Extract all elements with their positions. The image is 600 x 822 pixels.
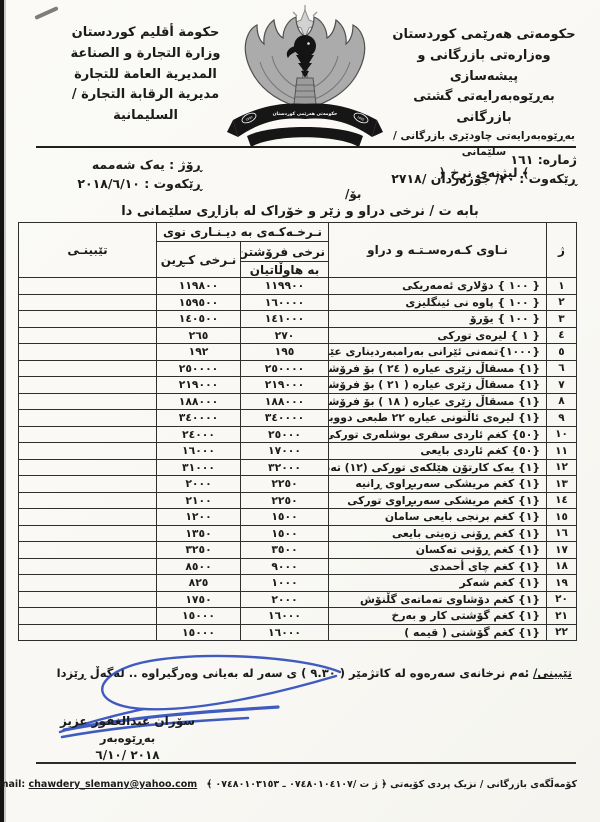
row-note xyxy=(19,459,157,476)
sell-price: ٢٧٠ xyxy=(241,327,329,344)
row-index: ١٠ xyxy=(547,426,577,443)
row-note xyxy=(19,509,157,526)
table-row: ١٣{١} كغم مريشكى سەربڕاوى ڕانيه٢٢٥٠٢٠٠٠ xyxy=(19,476,577,493)
sell-price: ١٥٠٠ xyxy=(241,525,329,542)
item-name: {١} مسقاڵ زێرى عياره ( ٢١ ) بۆ فرۆشتن xyxy=(329,377,547,394)
item-name: {٥٠} كغم ئاردى بايعى xyxy=(329,443,547,460)
row-index: ١٢ xyxy=(547,459,577,476)
buy-price: ٢٤٠٠٠ xyxy=(157,426,241,443)
table-row: ٧{١} مسقاڵ زێرى عياره ( ٢١ ) بۆ فرۆشتن٢١… xyxy=(19,377,577,394)
row-index: ٨ xyxy=(547,393,577,410)
row-note xyxy=(19,360,157,377)
row-note xyxy=(19,591,157,608)
table-row: ٦{١} مسقاڵ زێرى عياره ( ٢٤ ) بۆ فرۆشتن٢٥… xyxy=(19,360,577,377)
table-row: ١٠{٥٠} كغم ئاردى سفرى بوشلەرى توركى٢٥٠٠٠… xyxy=(19,426,577,443)
row-index: ٢٢ xyxy=(547,624,577,641)
row-note xyxy=(19,377,157,394)
eagle-left-wing xyxy=(245,17,303,108)
row-note xyxy=(19,624,157,641)
col-header-price-group: نـرخـەكـەى بە ديـنـارى نوى xyxy=(157,223,329,242)
item-name: {١} مسقاڵ زێرى عياره ( ١٨ ) بۆ فرۆشتن xyxy=(329,393,547,410)
row-index: ١٩ xyxy=(547,575,577,592)
buy-price: ١٦٠٠٠ xyxy=(157,443,241,460)
row-note xyxy=(19,542,157,559)
item-name: {١} كغم ڕۆنى زەيتى بايعى xyxy=(329,525,547,542)
buy-price: ٣٤٠٠٠٠ xyxy=(157,410,241,427)
sell-price: ٢٥٠٠٠٠ xyxy=(241,360,329,377)
row-index: ٩ xyxy=(547,410,577,427)
item-name: {١} كغم مريشكى سەربڕاوى توركى xyxy=(329,492,547,509)
signer-role: بەڕێوەبەر xyxy=(40,731,215,745)
row-index: ١٤ xyxy=(547,492,577,509)
col-header-sell: نرخى فرۆشتن xyxy=(241,242,329,262)
sell-price: ١٨٨٠٠٠ xyxy=(241,393,329,410)
header-divider xyxy=(36,146,576,148)
table-row: ١٧{١} كغم ڕۆنى تەكسان٣٥٠٠٣٢٥٠ xyxy=(19,542,577,559)
table-row: ١٤{١} كغم مريشكى سەربڕاوى توركى٢٢٥٠٢١٠٠ xyxy=(19,492,577,509)
item-name: {١} كغم مريشكى سەربڕاوى ڕانيه xyxy=(329,476,547,493)
emblem-ribbon: 1992 1992 حكومەتى هەرێمى كوردستان حكومة … xyxy=(227,104,383,147)
gov-line-ar-2: وزارة التجارة و الصناعة xyxy=(48,44,243,65)
row-note xyxy=(19,426,157,443)
table-row: ١٥{١} كغم برنجى بايعى سامان١٥٠٠١٢٠٠ xyxy=(19,509,577,526)
row-index: ١٥ xyxy=(547,509,577,526)
row-index: ٧ xyxy=(547,377,577,394)
row-note xyxy=(19,327,157,344)
gov-line-ar-1: حكومة أقليم كوردستان xyxy=(48,23,243,44)
item-name: { ١٠٠ } پاوه نى ئينگليزى xyxy=(329,294,547,311)
table-row: ٩{١} ليرەى ئاڵتونى عياره ٢٢ طبعى دووبەى٣… xyxy=(19,410,577,427)
row-index: ١ xyxy=(547,278,577,295)
row-note xyxy=(19,311,157,328)
row-index: ٣ xyxy=(547,311,577,328)
row-note xyxy=(19,294,157,311)
row-note xyxy=(19,558,157,575)
buy-price: ٣١٠٠٠ xyxy=(157,459,241,476)
sell-price: ٢٥٠٠٠ xyxy=(241,426,329,443)
row-index: ١٨ xyxy=(547,558,577,575)
row-index: ٢٠ xyxy=(547,591,577,608)
table-row: ١٩{١} كغم شەكر١٠٠٠٨٢٥ xyxy=(19,575,577,592)
sell-price: ١٥٠٠ xyxy=(241,509,329,526)
row-note xyxy=(19,476,157,493)
buy-price: ١٢٠٠ xyxy=(157,509,241,526)
row-index: ١٧ xyxy=(547,542,577,559)
buy-price: ١٤٠٥٠٠ xyxy=(157,311,241,328)
col-header-buy: نـرخى كـڕين xyxy=(157,242,241,278)
buy-price: ١٣٥٠ xyxy=(157,525,241,542)
row-note xyxy=(19,443,157,460)
table-row: ٣{ ١٠٠ } يۆرۆ١٤١٠٠٠١٤٠٥٠٠ xyxy=(19,311,577,328)
kurdistan-eagle-emblem-icon: 1992 1992 حكومەتى هەرێمى كوردستان حكومة … xyxy=(222,4,388,154)
email-label: Email: xyxy=(0,779,25,790)
sell-price: ١٧٠٠٠ xyxy=(241,443,329,460)
row-note xyxy=(19,410,157,427)
buy-price: ٨٥٠٠ xyxy=(157,558,241,575)
sell-price: ٣٤٠٠٠٠ xyxy=(241,410,329,427)
footer-contact-line: كۆمەڵگەى بازرگانى / نزيک پردى كۆيەتى ﴿ ژ… xyxy=(25,779,577,790)
table-row: ٢{ ١٠٠ } پاوه نى ئينگليزى١٦٠٠٠٠١٥٩٥٠٠ xyxy=(19,294,577,311)
sell-price: ٣٢٠٠٠ xyxy=(241,459,329,476)
table-row: ٢١{١} كغم گۆشتى كار و بەرخ١٦٠٠٠١٥٠٠٠ xyxy=(19,608,577,625)
gov-line-ku-3: بەڕێوەبەرايەتى گشتى بازرگانى xyxy=(388,87,580,129)
email-address: chawdery_slemany@yahoo.com xyxy=(29,779,198,790)
row-index: ١١ xyxy=(547,443,577,460)
sell-price: ٣٥٠٠ xyxy=(241,542,329,559)
price-table-header: ژ نـاوى كـەرەسـتـە و دراو نـرخـەكـەى بە … xyxy=(19,223,577,278)
sell-price: ١٩٥ xyxy=(241,344,329,361)
sell-price: ١١٩٩٠٠ xyxy=(241,278,329,295)
item-name: {١} مسقاڵ زێرى عياره ( ٢٤ ) بۆ فرۆشتن xyxy=(329,360,547,377)
col-header-note: تێبينـى xyxy=(19,223,157,278)
gov-line-ar-3: المديرية العامة للتجارة xyxy=(48,65,243,86)
item-name: {١} ليرەى ئاڵتونى عياره ٢٢ طبعى دووبەى xyxy=(329,410,547,427)
buy-price: ١١٩٨٠٠ xyxy=(157,278,241,295)
gov-line-ku-1: حكومەتى هەرێمى كوردستان xyxy=(388,25,580,46)
row-note xyxy=(19,344,157,361)
row-index: ٢ xyxy=(547,294,577,311)
table-row: ٨{١} مسقاڵ زێرى عياره ( ١٨ ) بۆ فرۆشتن١٨… xyxy=(19,393,577,410)
footer-email-part: Email: chawdery_slemany@yahoo.com xyxy=(0,779,197,790)
sell-price: ١٦٠٠٠٠ xyxy=(241,294,329,311)
meta-right-block: ژماره: ١٦١ ڕێكەوت : ٢٠/ جۆزەردان /٢٧١٨ xyxy=(317,150,577,189)
col-header-sell-sub: بە هاوڵاتيان xyxy=(241,262,329,278)
table-row: ٤{ ١ } ليرەى توركى٢٧٠٢٦٥ xyxy=(19,327,577,344)
weekday-line: ڕۆژ : يەک شەممە xyxy=(52,156,202,175)
buy-price: ٢٥٠٠٠٠ xyxy=(157,360,241,377)
table-row: ١{ ١٠٠ } دۆلارى ئەمەريكى١١٩٩٠٠١١٩٨٠٠ xyxy=(19,278,577,295)
meta-left-block: ڕۆژ : يەک شەممە ڕێكەوت : ٢٠١٨/٦/١٠ xyxy=(52,156,202,194)
document-number: ژماره: ١٦١ xyxy=(317,150,577,169)
item-name: {١} كغم گۆشتى ( قيمه ) xyxy=(329,624,547,641)
row-note xyxy=(19,525,157,542)
gov-line-ar-4: مديرية الرقابة التجارة / السليمانية xyxy=(48,85,243,127)
buy-price: ٢١٩٠٠٠ xyxy=(157,377,241,394)
row-index: ١٣ xyxy=(547,476,577,493)
item-name: { ١ } ليرەى توركى xyxy=(329,327,547,344)
buy-price: ٣٢٥٠ xyxy=(157,542,241,559)
buy-price: ١٨٨٠٠٠ xyxy=(157,393,241,410)
scan-edge-shadow xyxy=(4,0,6,822)
item-name: { ١٠٠ } دۆلارى ئەمەريكى xyxy=(329,278,547,295)
table-row: ٢٢{١} كغم گۆشتى ( قيمه )١٦٠٠٠١٥٠٠٠ xyxy=(19,624,577,641)
buy-price: ١٥٠٠٠ xyxy=(157,624,241,641)
gov-line-ku-2: وەزارەتى بازرگانى و پيشەسازى xyxy=(388,46,580,88)
sell-price: ٢٢٥٠ xyxy=(241,476,329,493)
row-index: ١٦ xyxy=(547,525,577,542)
sell-price: ٩٠٠٠ xyxy=(241,558,329,575)
item-name: {١} كغم گۆشتى كار و بەرخ xyxy=(329,608,547,625)
footer-address-phone: كۆمەڵگەى بازرگانى / نزيک پردى كۆيەتى ﴿ ژ… xyxy=(207,779,577,790)
signer-date: ٢٠١٨ /٦/١٠ xyxy=(40,748,215,762)
table-row: ١٦{١} كغم ڕۆنى زەيتى بايعى١٥٠٠١٣٥٠ xyxy=(19,525,577,542)
sell-price: ١٤١٠٠٠ xyxy=(241,311,329,328)
row-note xyxy=(19,393,157,410)
kurdish-date: ڕێكەوت : ٢٠/ جۆزەردان /٢٧١٨ xyxy=(317,169,577,188)
pen-mark xyxy=(34,6,58,20)
ribbon-text-line-1: حكومەتى هەرێمى كوردستان xyxy=(273,111,338,117)
table-row: ٢٠{١} كغم دۆشاوى تەماتەى گڵنۆش٢٠٠٠١٧٥٠ xyxy=(19,591,577,608)
buy-price: ١٥٠٠٠ xyxy=(157,608,241,625)
item-name: {١} يەک كارتۆن هێلكەى توركى (١٢) تەبەقى xyxy=(329,459,547,476)
item-name: {١} كغم چاى أحمدى xyxy=(329,558,547,575)
to-line: بۆ/ xyxy=(345,187,361,201)
ribbon-text-line-2: حكومة أقليم كوردستان xyxy=(281,137,329,143)
item-name: { ١٠٠ } يۆرۆ xyxy=(329,311,547,328)
row-index: ٤ xyxy=(547,327,577,344)
sell-price: ٢٠٠٠ xyxy=(241,591,329,608)
header-arabic-block: حكومة أقليم كوردستان وزارة التجارة و الص… xyxy=(48,23,243,127)
item-name: {١٠٠٠}تمەنى ئێرانى بەرامبەردينارى عێراقى xyxy=(329,344,547,361)
row-index: ٥ xyxy=(547,344,577,361)
signer-block: سۆران عبدالغفور عزيز بەڕێوەبەر ٢٠١٨ /٦/١… xyxy=(40,714,215,762)
table-row: ١٨{١} كغم چاى أحمدى٩٠٠٠٨٥٠٠ xyxy=(19,558,577,575)
buy-price: ٢١٠٠ xyxy=(157,492,241,509)
row-index: ٦ xyxy=(547,360,577,377)
eagle-right-wing xyxy=(307,17,365,108)
sell-price: ١٦٠٠٠ xyxy=(241,624,329,641)
footnote-label: تێبينى/ xyxy=(533,666,572,680)
item-name: {٥٠} كغم ئاردى سفرى بوشلەرى توركى xyxy=(329,426,547,443)
col-header-name: نـاوى كـەرەسـتـە و دراو xyxy=(329,223,547,278)
footer-divider xyxy=(36,762,576,764)
row-note xyxy=(19,608,157,625)
item-name: {١} كغم دۆشاوى تەماتەى گڵنۆش xyxy=(329,591,547,608)
buy-price: ١٩٢ xyxy=(157,344,241,361)
price-table: ژ نـاوى كـەرەسـتـە و دراو نـرخـەكـەى بە … xyxy=(18,222,577,641)
gregorian-date: ڕێكەوت : ٢٠١٨/٦/١٠ xyxy=(52,175,202,194)
price-table-body: ١{ ١٠٠ } دۆلارى ئەمەريكى١١٩٩٠٠١١٩٨٠٠٢{ ١… xyxy=(19,278,577,641)
table-row: ٥{١٠٠٠}تمەنى ئێرانى بەرامبەردينارى عێراق… xyxy=(19,344,577,361)
signer-name: سۆران عبدالغفور عزيز xyxy=(40,714,215,728)
sell-price: ١٠٠٠ xyxy=(241,575,329,592)
item-name: {١} كغم ڕۆنى تەكسان xyxy=(329,542,547,559)
buy-price: ٢٠٠٠ xyxy=(157,476,241,493)
table-row: ١١{٥٠} كغم ئاردى بايعى١٧٠٠٠١٦٠٠٠ xyxy=(19,443,577,460)
item-name: {١} كغم شەكر xyxy=(329,575,547,592)
row-note xyxy=(19,492,157,509)
table-row: ١٢{١} يەک كارتۆن هێلكەى توركى (١٢) تەبەق… xyxy=(19,459,577,476)
item-name: {١} كغم برنجى بايعى سامان xyxy=(329,509,547,526)
row-note xyxy=(19,278,157,295)
row-index: ٢١ xyxy=(547,608,577,625)
row-note xyxy=(19,575,157,592)
buy-price: ٨٢٥ xyxy=(157,575,241,592)
buy-price: ١٧٥٠ xyxy=(157,591,241,608)
buy-price: ٢٦٥ xyxy=(157,327,241,344)
col-header-index: ژ xyxy=(547,223,577,278)
sell-price: ٢٢٥٠ xyxy=(241,492,329,509)
sell-price: ٢١٩٠٠٠ xyxy=(241,377,329,394)
page-title: بابه ت / نرخى دراو و زێر و خۆراک له بازا… xyxy=(40,204,560,219)
scanned-price-list-page: حكومة أقليم كوردستان وزارة التجارة و الص… xyxy=(0,0,600,822)
sell-price: ١٦٠٠٠ xyxy=(241,608,329,625)
buy-price: ١٥٩٥٠٠ xyxy=(157,294,241,311)
